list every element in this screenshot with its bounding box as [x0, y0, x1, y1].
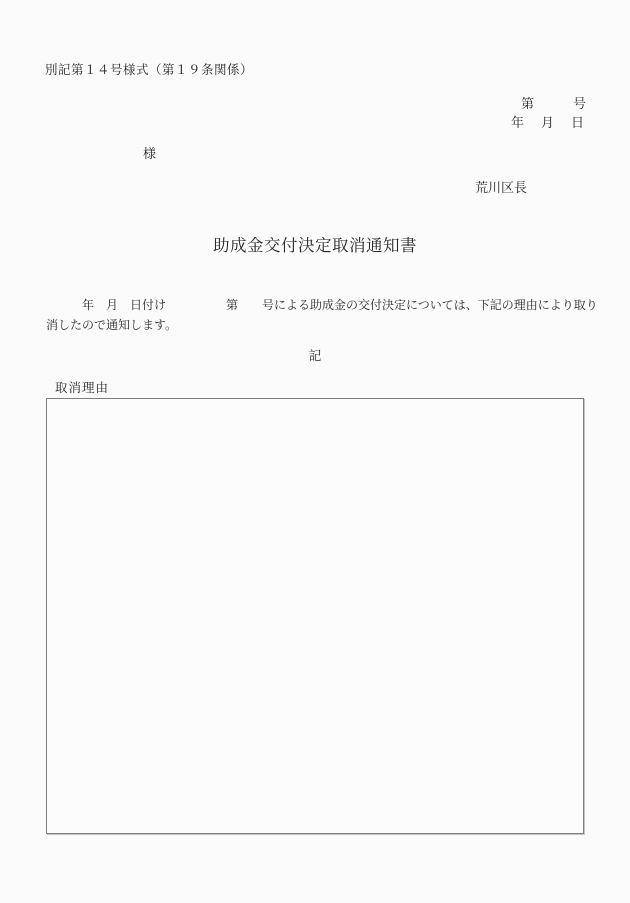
cancellation-reason-label: 取消理由 [55, 380, 109, 396]
body-paragraph-line-2: 消したので通知します。 [46, 318, 177, 333]
document-title: 助成金交付決定取消通知書 [0, 236, 630, 257]
document-page: 別記第１４号様式（第１９条関係） 第 号 年 月 日 様 荒川区長 助成金交付決… [0, 0, 630, 903]
number-date-block: 第 号 年 月 日 [511, 95, 586, 133]
body-paragraph-line-1: 年 月 日付け 第 号による助成金の交付決定については、下記の理由により取り [46, 298, 598, 313]
cancellation-reason-box [46, 398, 584, 834]
record-marker: 記 [0, 348, 630, 364]
date-line: 年 月 日 [511, 114, 586, 133]
document-number-line: 第 号 [511, 95, 586, 114]
recipient-honorific: 様 [143, 147, 156, 163]
sender-title: 荒川区長 [475, 181, 527, 197]
form-reference: 別記第１４号様式（第１９条関係） [45, 62, 253, 78]
